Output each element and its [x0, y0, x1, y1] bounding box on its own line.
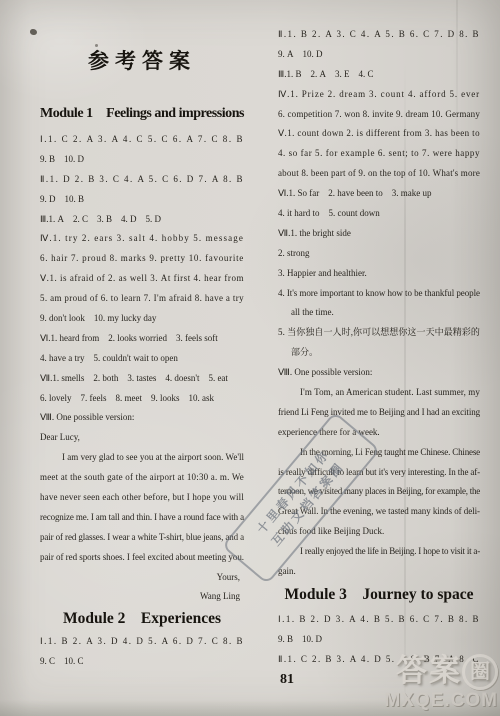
answer-line: Ⅰ.1. B 2. A 3. D 4. D 5. A 6. D 7. C 8. …	[40, 632, 244, 652]
answer-line: 6. competition 7. won 8. invite 9. dream…	[278, 105, 480, 125]
answer-line: 2. strong	[278, 244, 480, 264]
section-label-line: Ⅷ. One possible version:	[278, 363, 480, 383]
answer-line: 9. B 10. D	[40, 150, 244, 170]
translation-line: 5. 当你独自一人时,你可以想想你这一天中最精彩的	[278, 323, 480, 343]
answer-line: Ⅲ.1. B 2. A 3. E 4. C	[278, 65, 480, 85]
circled-character: 圈	[462, 654, 498, 690]
section-label-line: Ⅷ. One possible version:	[40, 408, 244, 428]
letter-line: pair of red sports shoes. I feel excited…	[40, 548, 244, 568]
ink-speck	[30, 29, 37, 35]
module-1-heading: Module 1 Feelings and impressions	[40, 103, 244, 125]
watermark: 答案圈 MXQE.COM	[384, 653, 500, 712]
essay-line: I really enjoyed the life in Beijing. I …	[278, 542, 480, 562]
answer-line: Ⅵ.1. heard from 2. looks worried 3. feel…	[40, 329, 244, 349]
answer-line: 4. so far 5. for example 6. sent; to 7. …	[278, 144, 480, 164]
answer-line: Ⅴ.1. is afraid of 2. as well 3. At first…	[40, 269, 244, 289]
salutation-line: Dear Lucy,	[40, 428, 244, 448]
signature-line: Wang Ling	[40, 587, 244, 607]
answer-line: Ⅳ.1. try 2. ears 3. salt 4. hobby 5. mes…	[40, 229, 244, 249]
answer-line: Ⅳ.1. Prize 2. dream 3. count 4. afford 5…	[278, 85, 480, 105]
answer-line: 6. lovely 7. feels 8. meet 9. looks 10. …	[40, 389, 244, 409]
letter-line: I am very glad to see you at the airport…	[40, 448, 244, 468]
letter-line: recognize me. I am tall and thin. I have…	[40, 508, 244, 528]
module-2-heading: Module 2 Experiences	[40, 608, 244, 630]
answer-line: Ⅰ.1. B 2. D 3. A 4. B 5. B 6. C 7. B 8. …	[278, 610, 480, 630]
translation-line: 部分。	[278, 343, 480, 363]
answer-line: 6. hair 7. proud 8. marks 9. pretty 10. …	[40, 249, 244, 269]
left-column-module2: Ⅰ.1. B 2. A 3. D 4. D 5. A 6. D 7. C 8. …	[40, 632, 244, 672]
answer-line: Ⅱ.1. D 2. B 3. C 4. A 5. C 6. D 7. A 8. …	[40, 170, 244, 190]
scanned-answer-page: { "page": { "title": "参考答案", "number": "…	[0, 0, 500, 716]
essay-line: experience there for a week.	[278, 423, 480, 443]
answer-line: all the time.	[278, 303, 480, 323]
watermark-site-text: MXQE.COM	[384, 690, 498, 712]
answer-line: Ⅶ.1. smells 2. both 3. tastes 4. doesn't…	[40, 369, 244, 389]
answer-line: Ⅵ.1. So far 2. have been to 3. make up	[278, 184, 480, 204]
answer-line: Ⅶ.1. the bright side	[278, 224, 480, 244]
essay-line: friend Li Feng invited me to Beijing and…	[278, 403, 480, 423]
page-title: 参考答案	[40, 44, 244, 78]
letter-line: meet at the south gate of the airport at…	[40, 468, 244, 488]
essay-line: gain.	[278, 562, 480, 582]
answer-line: 9. D 10. B	[40, 190, 244, 210]
page-number: 81	[280, 672, 294, 688]
answer-line: 9. don't look 10. my lucky day	[40, 309, 244, 329]
answer-line: 9. C 10. C	[40, 652, 244, 672]
essay-line: I'm Tom, an American student. Last summe…	[278, 383, 480, 403]
letter-line: have never seen each other before, but I…	[40, 488, 244, 508]
letter-line: pair of red glasses. I wear a white T-sh…	[40, 528, 244, 548]
answer-line: about 8. been part of 9. on the top of 1…	[278, 164, 480, 184]
answer-line: Ⅴ.1. count down 2. is different from 3. …	[278, 124, 480, 144]
answer-line: 9. B 10. D	[278, 630, 480, 650]
answer-line: 4. it hard to 5. count down	[278, 204, 480, 224]
answer-line: 3. Happier and healthier.	[278, 264, 480, 284]
answer-line: 4. have a try 5. couldn't wait to open	[40, 349, 244, 369]
answer-circle-logo: 答案圈	[384, 653, 498, 690]
module-3-heading: Module 3 Journey to space	[278, 584, 480, 606]
answer-line: 5. am proud of 6. to learn 7. I'm afraid…	[40, 289, 244, 309]
answer-line: Ⅰ.1. C 2. A 3. A 4. C 5. C 6. A 7. C 8. …	[40, 130, 244, 150]
left-column: Ⅰ.1. C 2. A 3. A 4. C 5. C 6. A 7. C 8. …	[40, 130, 244, 607]
answer-line: 4. It's more important to know how to be…	[278, 284, 480, 304]
answer-line: Ⅱ.1. B 2. A 3. C 4. A 5. B 6. C 7. D 8. …	[278, 25, 480, 45]
answer-line: 9. A 10. D	[278, 45, 480, 65]
closing-line: Yours,	[40, 568, 244, 588]
answer-line: Ⅲ.1. A 2. C 3. B 4. D 5. D	[40, 210, 244, 230]
